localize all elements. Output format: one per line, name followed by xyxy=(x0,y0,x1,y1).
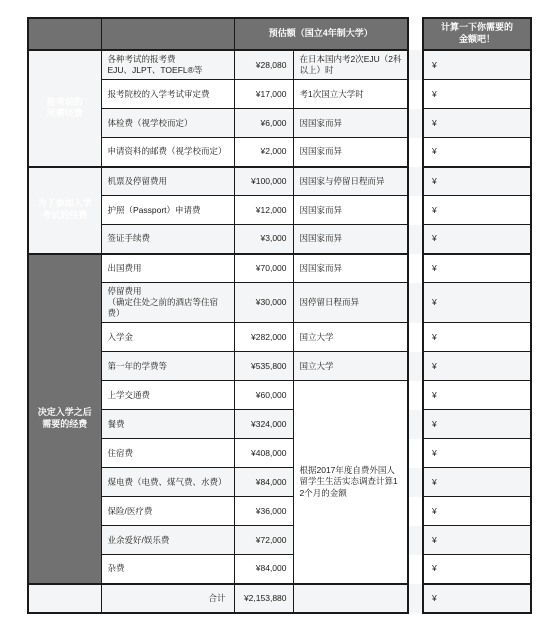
total-label-cell: 合计 xyxy=(101,584,234,613)
table-row: 报考院校的入学考试审定费¥17,000考1次国立大学时¥ xyxy=(28,80,531,109)
total-amount-cell: ¥2,153,880 xyxy=(234,584,293,613)
item-cell: 各种考试的报考费 EJU、JLPT、TOEFL®等 xyxy=(101,50,234,80)
category-header-cell xyxy=(28,18,101,50)
gap-spacer xyxy=(408,283,423,323)
yen-placeholder-cell: ¥ xyxy=(423,410,531,439)
item-cell: 机票及停留费用 xyxy=(101,167,234,196)
item-cell: 护照（Passport）申请费 xyxy=(101,196,234,225)
yen-placeholder-cell: ¥ xyxy=(423,138,531,167)
table-row: 签证手续费¥3,000因国家而异¥ xyxy=(28,225,531,254)
yen-placeholder-cell: ¥ xyxy=(423,439,531,468)
amount-cell: ¥84,000 xyxy=(234,468,293,497)
gap-spacer xyxy=(408,439,423,468)
amount-cell: ¥6,000 xyxy=(234,109,293,138)
amount-cell: ¥408,000 xyxy=(234,439,293,468)
total-row: 合计¥2,153,880¥ xyxy=(28,584,531,613)
yen-placeholder-cell: ¥ xyxy=(423,497,531,526)
table-row: 杂费¥84,000¥ xyxy=(28,555,531,584)
item-cell: 业余爱好/娱乐费 xyxy=(101,526,234,555)
gap-spacer xyxy=(408,381,423,410)
gap-spacer xyxy=(408,50,423,80)
note-cell: 因国家而异 xyxy=(293,109,408,138)
table-row: 业余爱好/娱乐费¥72,000¥ xyxy=(28,526,531,555)
amount-cell: ¥100,000 xyxy=(234,167,293,196)
note-cell: 因国家而异 xyxy=(293,196,408,225)
item-cell: 申请资料的邮费（视学校而定） xyxy=(101,138,234,167)
yen-placeholder-cell: ¥ xyxy=(423,254,531,283)
item-cell: 入学金 xyxy=(101,323,234,352)
item-cell: 住宿费 xyxy=(101,439,234,468)
item-cell: 上学交通费 xyxy=(101,381,234,410)
header-row: 预估额（国立4年制大学） 计算一下你需要的 金额吧！ xyxy=(28,18,531,50)
gap-spacer xyxy=(408,468,423,497)
page: 预估额（国立4年制大学） 计算一下你需要的 金额吧！ 报考前的 所需经费各种考试… xyxy=(0,0,555,617)
table-row: 体检费（视学校而定）¥6,000因国家而异¥ xyxy=(28,109,531,138)
amount-cell: ¥70,000 xyxy=(234,254,293,283)
yen-placeholder-cell: ¥ xyxy=(423,584,531,613)
gap-spacer xyxy=(408,80,423,109)
yen-placeholder-cell: ¥ xyxy=(423,50,531,80)
amount-cell: ¥2,000 xyxy=(234,138,293,167)
table-row: 报考前的 所需经费各种考试的报考费 EJU、JLPT、TOEFL®等¥28,08… xyxy=(28,50,531,80)
amount-cell: ¥60,000 xyxy=(234,381,293,410)
total-note-cell xyxy=(293,584,408,613)
gap-spacer xyxy=(408,526,423,555)
table-row: 煤电费（电费、煤气费、水费）¥84,000¥ xyxy=(28,468,531,497)
amount-cell: ¥84,000 xyxy=(234,555,293,584)
item-cell: 煤电费（电费、煤气费、水费） xyxy=(101,468,234,497)
table-row: 第一年的学费等¥535,800国立大学¥ xyxy=(28,352,531,381)
note-cell: 因国家而异 xyxy=(293,225,408,254)
gap-spacer xyxy=(408,410,423,439)
table-row: 申请资料的邮费（视学校而定）¥2,000因国家而异¥ xyxy=(28,138,531,167)
amount-cell: ¥12,000 xyxy=(234,196,293,225)
note-cell: 国立大学 xyxy=(293,323,408,352)
amount-cell: ¥282,000 xyxy=(234,323,293,352)
gap-spacer xyxy=(408,352,423,381)
note-cell: 因停留日程而异 xyxy=(293,283,408,323)
yen-placeholder-cell: ¥ xyxy=(423,381,531,410)
table-row: 决定入学之后 需要的经费出国费用¥70,000因国家而异¥ xyxy=(28,254,531,283)
yen-placeholder-cell: ¥ xyxy=(423,167,531,196)
yen-placeholder-cell: ¥ xyxy=(423,225,531,254)
gap-spacer xyxy=(408,323,423,352)
amount-cell: ¥28,080 xyxy=(234,50,293,80)
amount-cell: ¥30,000 xyxy=(234,283,293,323)
gap-spacer xyxy=(408,138,423,167)
amount-cell: ¥324,000 xyxy=(234,410,293,439)
yen-placeholder-cell: ¥ xyxy=(423,196,531,225)
item-cell: 杂费 xyxy=(101,555,234,584)
amount-cell: ¥3,000 xyxy=(234,225,293,254)
note-cell: 因国家而异 xyxy=(293,254,408,283)
item-cell: 体检费（视学校而定） xyxy=(101,109,234,138)
yen-placeholder-cell: ¥ xyxy=(423,283,531,323)
shared-note-cell: 根据2017年度自费外国人留学生生活实态调查计算12个月的金额 xyxy=(293,381,408,584)
amount-cell: ¥72,000 xyxy=(234,526,293,555)
category-cell: 决定入学之后 需要的经费 xyxy=(28,254,101,584)
estimate-header-cell: 预估额（国立4年制大学） xyxy=(234,18,408,50)
yen-placeholder-cell: ¥ xyxy=(423,323,531,352)
category-cell: 为了参加入学 考试的经费 xyxy=(28,167,101,254)
item-cell: 第一年的学费等 xyxy=(101,352,234,381)
gap-spacer xyxy=(408,167,423,196)
yen-placeholder-cell: ¥ xyxy=(423,468,531,497)
yen-placeholder-cell: ¥ xyxy=(423,80,531,109)
amount-cell: ¥535,800 xyxy=(234,352,293,381)
item-cell: 停留费用 （确定住处之前的酒店等住宿费） xyxy=(101,283,234,323)
gap-spacer xyxy=(408,584,423,613)
yen-placeholder-cell: ¥ xyxy=(423,109,531,138)
item-cell: 保险/医疗费 xyxy=(101,497,234,526)
cost-table-container: 预估额（国立4年制大学） 计算一下你需要的 金额吧！ 报考前的 所需经费各种考试… xyxy=(27,17,532,614)
gap-spacer xyxy=(408,225,423,254)
yen-placeholder-cell: ¥ xyxy=(423,555,531,584)
yen-placeholder-cell: ¥ xyxy=(423,526,531,555)
calc-header-cell: 计算一下你需要的 金额吧！ xyxy=(423,18,531,50)
item-cell: 签证手续费 xyxy=(101,225,234,254)
table-row: 为了参加入学 考试的经费机票及停留费用¥100,000因国家与停留日程而异¥ xyxy=(28,167,531,196)
table-row: 餐费¥324,000¥ xyxy=(28,410,531,439)
table-row: 上学交通费¥60,000根据2017年度自费外国人留学生生活实态调查计算12个月… xyxy=(28,381,531,410)
table-row: 保险/医疗费¥36,000¥ xyxy=(28,497,531,526)
gap-spacer xyxy=(408,254,423,283)
item-cell: 餐费 xyxy=(101,410,234,439)
cost-table-body: 报考前的 所需经费各种考试的报考费 EJU、JLPT、TOEFL®等¥28,08… xyxy=(28,50,531,613)
amount-cell: ¥36,000 xyxy=(234,497,293,526)
note-cell: 因国家与停留日程而异 xyxy=(293,167,408,196)
item-header-cell xyxy=(101,18,234,50)
table-row: 入学金¥282,000国立大学¥ xyxy=(28,323,531,352)
gap-spacer xyxy=(408,555,423,584)
note-cell: 考1次国立大学时 xyxy=(293,80,408,109)
note-cell: 在日本国内考2次EJU（2科以上）时 xyxy=(293,50,408,80)
amount-cell: ¥17,000 xyxy=(234,80,293,109)
gap-spacer xyxy=(408,497,423,526)
category-cell: 报考前的 所需经费 xyxy=(28,50,101,167)
table-row: 护照（Passport）申请费¥12,000因国家而异¥ xyxy=(28,196,531,225)
note-cell: 因国家而异 xyxy=(293,138,408,167)
note-cell: 国立大学 xyxy=(293,352,408,381)
item-cell: 报考院校的入学考试审定费 xyxy=(101,80,234,109)
item-cell: 出国费用 xyxy=(101,254,234,283)
total-empty-category-cell xyxy=(28,584,101,613)
gap-spacer xyxy=(408,18,423,50)
gap-spacer xyxy=(408,196,423,225)
yen-placeholder-cell: ¥ xyxy=(423,352,531,381)
table-row: 住宿费¥408,000¥ xyxy=(28,439,531,468)
cost-table: 预估额（国立4年制大学） 计算一下你需要的 金额吧！ 报考前的 所需经费各种考试… xyxy=(27,17,532,614)
table-row: 停留费用 （确定住处之前的酒店等住宿费）¥30,000因停留日程而异¥ xyxy=(28,283,531,323)
gap-spacer xyxy=(408,109,423,138)
